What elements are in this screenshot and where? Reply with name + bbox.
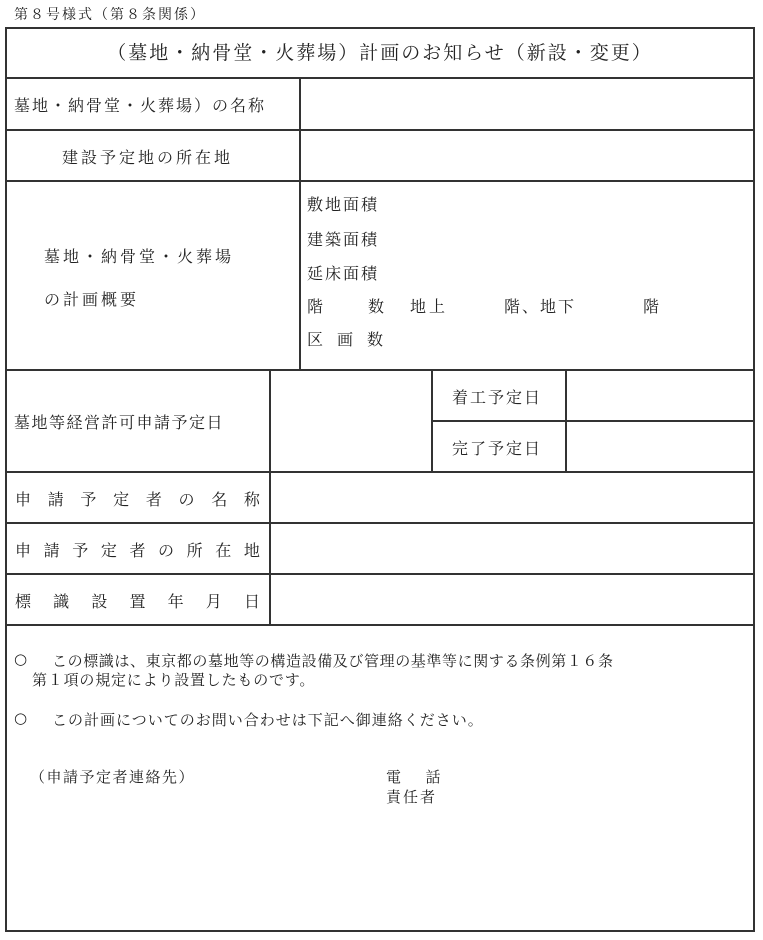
char: 在 bbox=[215, 538, 231, 561]
char: 称 bbox=[244, 487, 260, 510]
char: 申 bbox=[15, 487, 31, 510]
contact-label: （申請予定者連絡先） bbox=[30, 766, 195, 787]
divider bbox=[5, 369, 755, 371]
char: 者 bbox=[146, 487, 162, 510]
divider bbox=[299, 77, 301, 370]
sign-date-label: 標 識 設 置 年 月 日 bbox=[15, 589, 260, 612]
facility-name-field[interactable] bbox=[302, 80, 754, 128]
plot-count-c3: 数 bbox=[367, 327, 383, 350]
char: 者 bbox=[129, 538, 145, 561]
sign-date-field[interactable] bbox=[272, 576, 754, 623]
floor-unit-below: 階 bbox=[643, 294, 659, 317]
start-date-field[interactable] bbox=[568, 372, 754, 419]
plot-count-c2: 画 bbox=[337, 327, 353, 350]
phone-label: 電 話 bbox=[386, 766, 442, 787]
divider bbox=[431, 369, 433, 472]
divider bbox=[269, 369, 271, 625]
char: 定 bbox=[113, 487, 129, 510]
divider bbox=[5, 77, 755, 79]
permit-application-field[interactable] bbox=[272, 372, 430, 470]
form-number: 第８号様式（第８条関係） bbox=[14, 4, 206, 24]
note1-line2: 第１項の規定により設置したものです。 bbox=[32, 669, 315, 690]
note2-text: この計画についてのお問い合わせは下記へ御連絡ください。 bbox=[52, 709, 484, 730]
completion-date-label: 完了予定日 bbox=[452, 436, 542, 459]
char: 年 bbox=[168, 589, 184, 612]
divider bbox=[5, 573, 755, 575]
char: 識 bbox=[53, 589, 69, 612]
form-title: （墓地・納骨堂・火葬場）計画のお知らせ（新設・変更） bbox=[5, 38, 755, 65]
char: 電 bbox=[386, 766, 403, 787]
site-location-field[interactable] bbox=[302, 132, 754, 179]
start-date-label: 着工予定日 bbox=[452, 385, 542, 408]
facility-name-label: 墓地・納骨堂・火葬場）の名称 bbox=[14, 93, 266, 116]
char: 標 bbox=[15, 589, 31, 612]
note1-bullet-icon: ○ bbox=[14, 650, 29, 668]
applicant-name-label: 申 請 予 定 者 の 名 称 bbox=[15, 487, 260, 510]
char: の bbox=[158, 538, 174, 561]
divider bbox=[5, 180, 755, 182]
floor-unit-above: 階、地下 bbox=[504, 294, 576, 317]
plan-overview-label-line1: 墓地・納骨堂・火葬場 bbox=[44, 244, 234, 267]
char: 予 bbox=[80, 487, 96, 510]
char: 月 bbox=[206, 589, 222, 612]
applicant-address-field[interactable] bbox=[272, 525, 754, 572]
floors-label-a: 階 bbox=[307, 294, 323, 317]
divider bbox=[432, 420, 755, 422]
divider bbox=[5, 471, 755, 473]
divider bbox=[5, 624, 755, 626]
char: 請 bbox=[48, 487, 64, 510]
divider bbox=[5, 522, 755, 524]
applicant-address-label: 申 請 予 定 者 の 所 在 地 bbox=[15, 538, 260, 561]
floors-label-b: 数 bbox=[368, 294, 384, 317]
permit-application-label: 墓地等経営許可申請予定日 bbox=[14, 410, 224, 433]
char: 設 bbox=[91, 589, 107, 612]
applicant-name-field[interactable] bbox=[272, 474, 754, 521]
char: 地 bbox=[244, 538, 260, 561]
completion-date-field[interactable] bbox=[568, 423, 754, 470]
plot-count-c1: 区 bbox=[307, 327, 323, 350]
char: 名 bbox=[211, 487, 227, 510]
char: の bbox=[179, 487, 195, 510]
char: 予 bbox=[72, 538, 88, 561]
note1-line1: この標識は、東京都の墓地等の構造設備及び管理の基準等に関する条例第１６条 bbox=[52, 650, 614, 671]
char: 所 bbox=[187, 538, 203, 561]
char: 置 bbox=[129, 589, 145, 612]
char: 定 bbox=[101, 538, 117, 561]
building-area-label: 建築面積 bbox=[307, 227, 379, 250]
note2-bullet-icon: ○ bbox=[14, 709, 29, 727]
divider bbox=[5, 129, 755, 131]
char: 請 bbox=[44, 538, 60, 561]
char: 申 bbox=[15, 538, 31, 561]
site-location-label: 建設予定地の所在地 bbox=[62, 145, 233, 168]
char: 日 bbox=[244, 589, 260, 612]
site-area-label: 敷地面積 bbox=[307, 192, 379, 215]
person-in-charge-label: 責任者 bbox=[386, 786, 437, 807]
divider bbox=[565, 369, 567, 472]
char: 話 bbox=[425, 766, 442, 787]
floor-area-label: 延床面積 bbox=[307, 261, 379, 284]
plan-overview-label-line2: の計画概要 bbox=[44, 287, 139, 310]
above-ground-label: 地上 bbox=[410, 294, 448, 317]
